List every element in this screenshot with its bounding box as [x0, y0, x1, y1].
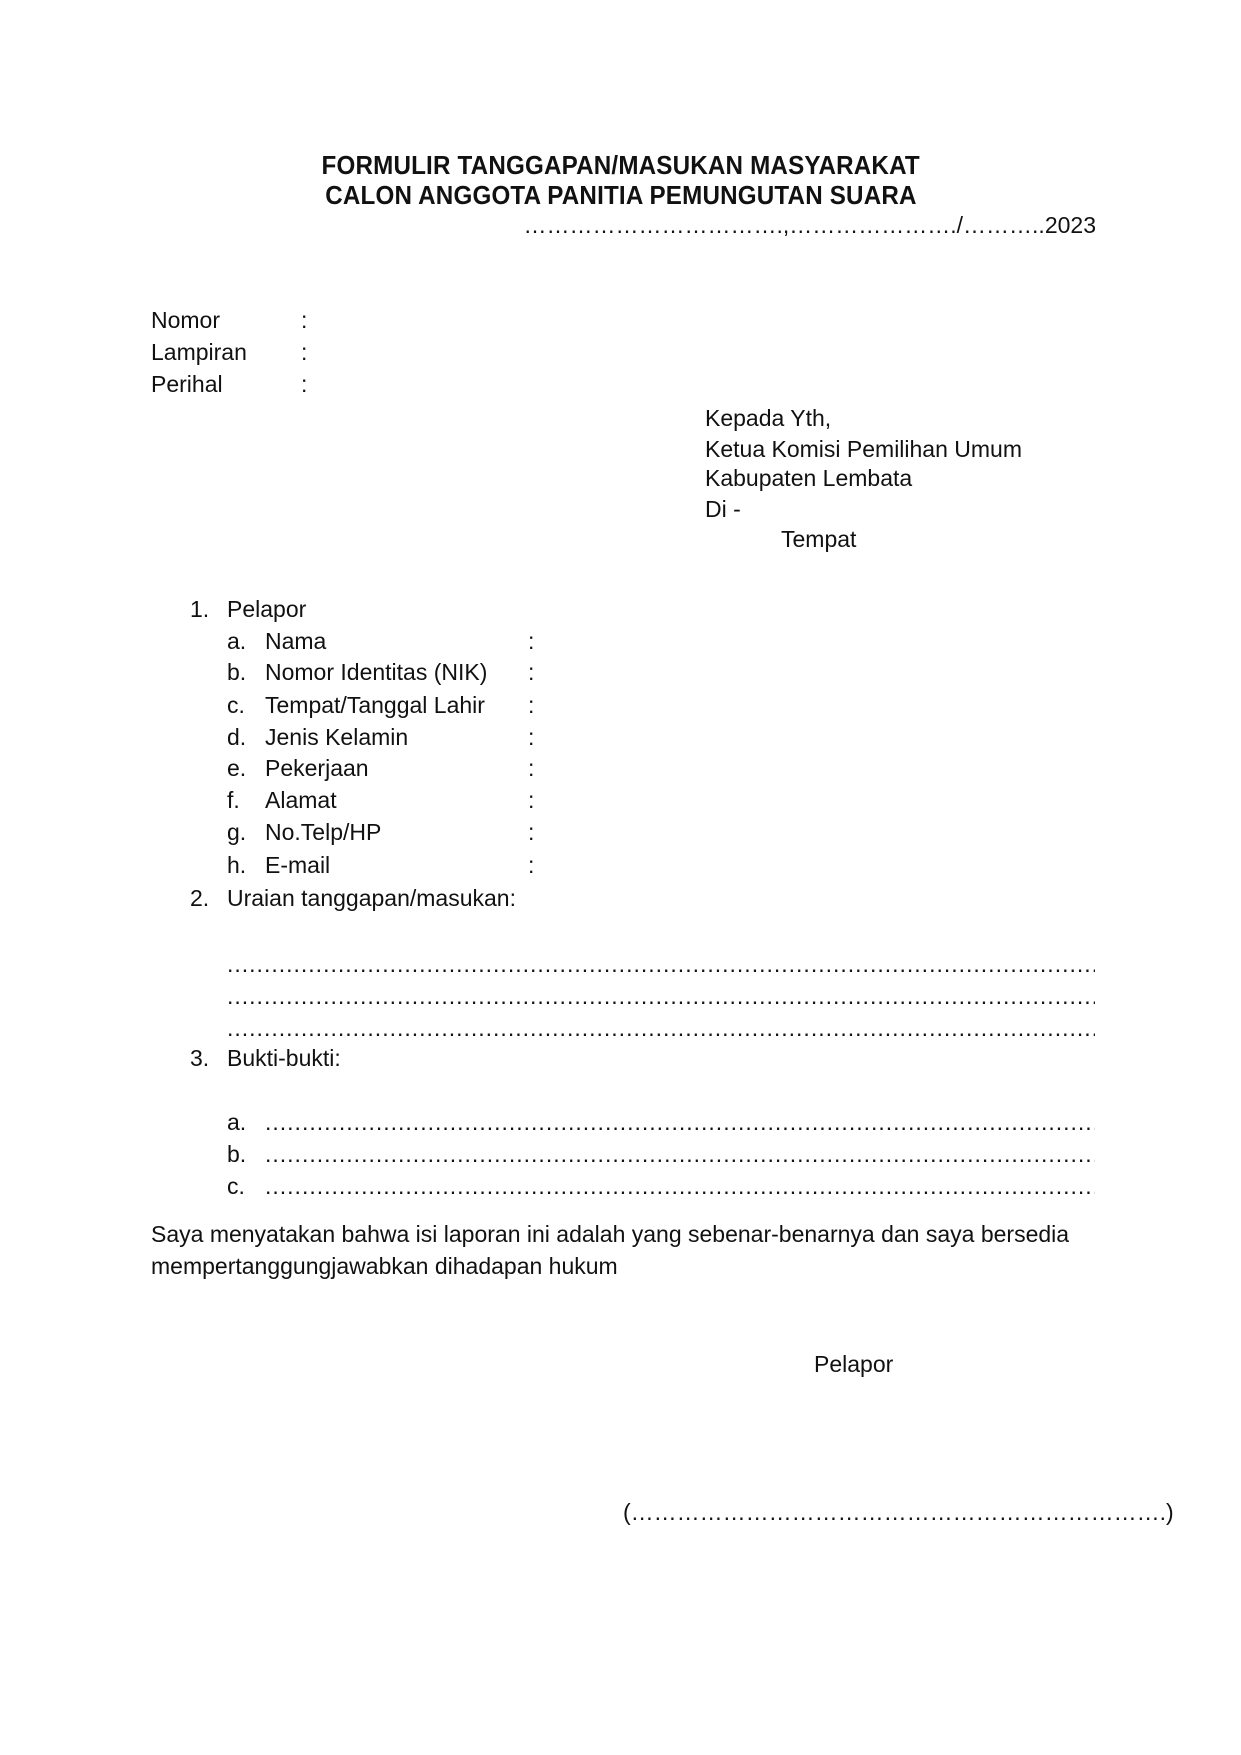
bukti-blank-b[interactable]: [265, 1140, 1095, 1168]
field-label: Alamat: [265, 786, 337, 814]
field-letter: h.: [227, 851, 246, 879]
field-separator: :: [528, 851, 534, 879]
field-separator: :: [528, 691, 534, 719]
uraian-blank-line-3[interactable]: [227, 1014, 1095, 1042]
field-label: Jenis Kelamin: [265, 723, 408, 751]
field-letter: f.: [227, 786, 240, 814]
bukti-blank-c[interactable]: [265, 1172, 1095, 1200]
field-letter: e.: [227, 754, 246, 782]
field-separator: :: [528, 658, 534, 686]
form-title-line1: FORMULIR TANGGAPAN/MASUKAN MASYARAKAT: [0, 150, 1241, 180]
field-separator: :: [528, 818, 534, 846]
bukti-blank-a[interactable]: [265, 1108, 1095, 1136]
addressee-title: Ketua Komisi Pemilihan Umum: [705, 435, 1022, 463]
signature-name-field[interactable]: (…………………………………………………………….): [623, 1498, 1174, 1526]
addressee-di: Di -: [705, 495, 741, 523]
uraian-blank-line-1[interactable]: [227, 950, 1095, 978]
field-sep-lampiran: :: [301, 338, 307, 366]
field-letter: c.: [227, 691, 245, 719]
field-sep-nomor: :: [301, 306, 307, 334]
addressee-greeting: Kepada Yth,: [705, 404, 831, 432]
field-label: Nomor Identitas (NIK): [265, 658, 487, 686]
field-letter: g.: [227, 818, 246, 846]
field-label: Pekerjaan: [265, 754, 369, 782]
statement-line-1: Saya menyatakan bahwa isi laporan ini ad…: [151, 1220, 1069, 1248]
field-label: Nama: [265, 627, 326, 655]
field-separator: :: [528, 723, 534, 751]
date-line[interactable]: …………………………….,…………………./………..2023: [523, 211, 1096, 239]
bukti-letter-a: a.: [227, 1108, 246, 1136]
field-letter: a.: [227, 627, 246, 655]
field-label-perihal: Perihal: [151, 370, 223, 398]
field-label-nomor: Nomor: [151, 306, 220, 334]
section2-number: 2.: [190, 884, 209, 912]
section1-label: Pelapor: [227, 595, 306, 623]
field-separator: :: [528, 786, 534, 814]
uraian-blank-line-2[interactable]: [227, 982, 1095, 1010]
field-label: E-mail: [265, 851, 330, 879]
field-letter: d.: [227, 723, 246, 751]
addressee-region: Kabupaten Lembata: [705, 464, 912, 492]
signature-role: Pelapor: [814, 1350, 893, 1378]
form-title-line2: CALON ANGGOTA PANITIA PEMUNGUTAN SUARA: [0, 180, 1241, 210]
bukti-letter-b: b.: [227, 1140, 246, 1168]
field-letter: b.: [227, 658, 246, 686]
section3-label: Bukti-bukti:: [227, 1044, 341, 1072]
field-label: No.Telp/HP: [265, 818, 381, 846]
section3-number: 3.: [190, 1044, 209, 1072]
section1-number: 1.: [190, 595, 209, 623]
field-label: Tempat/Tanggal Lahir: [265, 691, 485, 719]
bukti-letter-c: c.: [227, 1172, 245, 1200]
section2-label: Uraian tanggapan/masukan:: [227, 884, 516, 912]
field-separator: :: [528, 754, 534, 782]
field-sep-perihal: :: [301, 370, 307, 398]
field-separator: :: [528, 627, 534, 655]
addressee-place: Tempat: [781, 525, 856, 553]
statement-line-2: mempertanggungjawabkan dihadapan hukum: [151, 1252, 618, 1280]
field-label-lampiran: Lampiran: [151, 338, 247, 366]
